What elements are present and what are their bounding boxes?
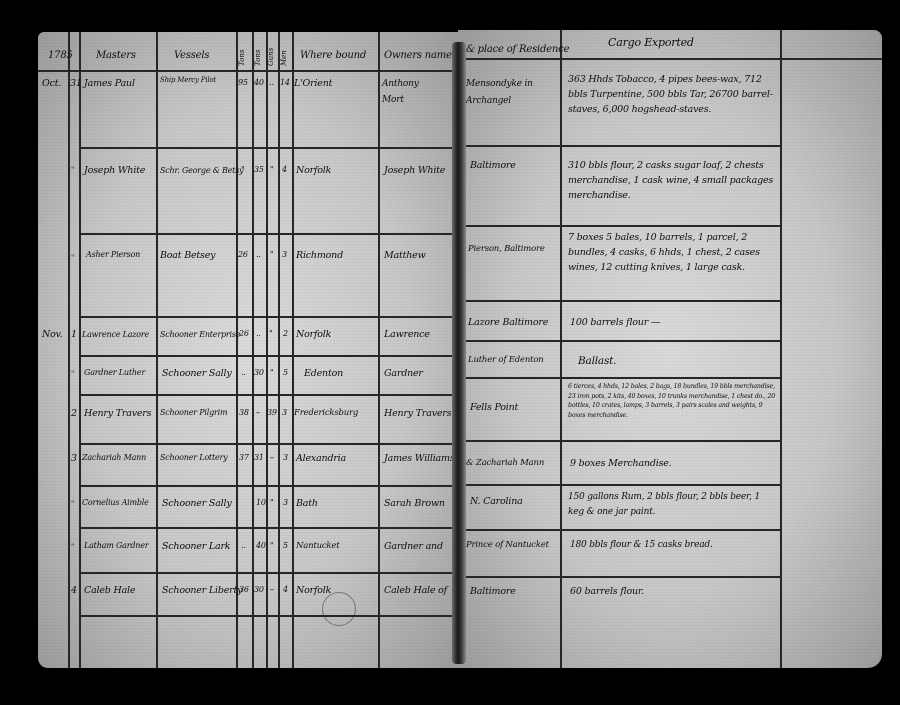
row-5-bound: Edenton: [304, 368, 343, 379]
row-8-n3: ": [270, 498, 273, 507]
row-5-n2: 30: [254, 368, 264, 377]
header-num-col-4: Men: [280, 50, 288, 66]
row-4-n4: 2: [283, 329, 288, 338]
row-4-n1: 26: [239, 329, 249, 338]
row-3-n1: 26: [238, 250, 248, 259]
row-3-cargo: 7 boxes 5 bales, 10 barrels, 1 parcel, 2…: [568, 230, 774, 275]
column-rule: [68, 32, 70, 668]
row-7-bound: Alexandria: [296, 453, 346, 464]
row-7-owner: James Williams: [384, 453, 455, 464]
row-4-owner: Lawrence: [384, 329, 430, 340]
row-1-n3: ..: [269, 78, 274, 87]
header-date: 1785: [48, 50, 73, 61]
row-2-n1: ": [241, 165, 244, 174]
row-4-month: Nov.: [42, 329, 63, 340]
header-num-col-2: Tons: [254, 50, 262, 66]
row-5-cargo: Ballast.: [578, 355, 616, 367]
row-rule: [458, 529, 780, 531]
row-2-master: Joseph White: [84, 165, 145, 176]
header-cargo-exported: Cargo Exported: [608, 36, 694, 49]
row-2-residence: Baltimore: [470, 160, 516, 171]
left-page: 1785 Masters Vessels Tons Tons Guns Men …: [38, 32, 458, 668]
header-where-bound: Where bound: [300, 50, 366, 61]
row-2-n3: ": [270, 165, 273, 174]
header-vessels: Vessels: [174, 50, 209, 61]
row-3-n4: 3: [282, 250, 287, 259]
row-3-day: ": [71, 254, 74, 262]
row-rule: [79, 147, 458, 149]
row-2-day: ": [71, 166, 74, 174]
row-7-master: Zachariah Mann: [82, 453, 146, 462]
row-7-n3: –: [270, 453, 274, 462]
row-3-n2: ..: [256, 250, 261, 259]
row-2-n4: 4: [282, 165, 287, 174]
row-10-n1: 36: [239, 585, 249, 594]
row-9-vessel: Schooner Lark: [162, 541, 230, 552]
row-4-n2: ..: [256, 329, 261, 338]
row-8-bound: Bath: [296, 498, 318, 509]
row-rule: [79, 233, 458, 235]
row-7-cargo: 9 boxes Merchandise.: [570, 458, 672, 469]
row-3-vessel: Boat Betsey: [160, 250, 215, 261]
row-2-n2: 35: [254, 165, 264, 174]
row-6-residence: Fells Point: [470, 402, 518, 413]
row-7-residence: & Zachariah Mann: [466, 458, 544, 468]
row-5-n3: ": [270, 368, 273, 377]
row-6-owner: Henry Travers: [384, 408, 451, 419]
row-rule: [458, 340, 780, 342]
row-rule: [79, 572, 458, 574]
row-5-day: ": [71, 370, 74, 378]
row-rule: [458, 576, 780, 578]
column-rule: [780, 30, 782, 668]
row-8-n4: 3: [283, 498, 288, 507]
row-9-n4: 5: [283, 541, 288, 550]
row-3-owner: Matthew: [384, 250, 426, 261]
row-1-month: Oct.: [42, 78, 61, 89]
row-8-cargo: 150 gallons Rum, 2 bbls flour, 2 bbls be…: [568, 490, 774, 520]
row-4-bound: Norfolk: [296, 329, 331, 340]
row-10-n2: 30: [254, 585, 264, 594]
row-9-residence: Prince of Nantucket: [466, 540, 549, 550]
row-1-cargo: 363 Hhds Tobacco, 4 pipes bees-wax, 712 …: [568, 72, 774, 117]
row-9-cargo: 180 bbls flour & 15 casks bread.: [570, 540, 713, 550]
row-10-n3: –: [270, 585, 274, 594]
row-1-day: 31: [70, 78, 82, 89]
row-4-residence: Lazore Baltimore: [468, 317, 548, 328]
row-7-n2: 31: [254, 453, 264, 462]
row-1-bound: L'Orient: [294, 78, 332, 89]
row-9-owner: Gardner and: [384, 541, 443, 552]
row-4-vessel: Schooner Enterprise: [160, 330, 240, 339]
row-4-master: Lawrence Lazore: [82, 330, 149, 339]
row-10-vessel: Schooner Liberty: [162, 585, 242, 596]
row-9-day: ": [71, 543, 74, 551]
row-1-owner: Anthony Mort: [382, 76, 438, 108]
header-owners-names: Owners names: [384, 50, 457, 61]
row-rule: [79, 615, 458, 617]
row-1-n1: 95: [238, 78, 248, 87]
row-5-owner: Gardner: [384, 368, 423, 379]
row-6-n3: 39: [267, 408, 277, 417]
row-7-day: 3: [71, 453, 77, 464]
row-6-day: 2: [71, 408, 77, 419]
row-10-bound: Norfolk: [296, 585, 331, 596]
row-1-n2: 40: [254, 78, 264, 87]
row-8-master: Cornelius Aimble: [82, 498, 149, 507]
row-7-n4: 3: [283, 453, 288, 462]
header-rule: [458, 58, 882, 60]
row-5-n1: ..: [241, 368, 246, 377]
row-4-n3: ": [269, 329, 272, 338]
row-rule: [79, 355, 458, 357]
row-6-bound: Fredericksburg: [294, 408, 358, 418]
row-rule: [458, 300, 780, 302]
flourish-mark: [322, 592, 356, 626]
row-rule: [79, 443, 458, 445]
row-6-n2: –: [256, 408, 260, 417]
column-rule: [560, 30, 562, 668]
row-1-residence: Mensondyke in Archangel: [466, 76, 554, 110]
row-10-n4: 4: [283, 585, 288, 594]
row-6-vessel: Schooner Pilgrim: [160, 408, 227, 417]
row-3-n3: ": [270, 250, 273, 259]
row-8-residence: N. Carolina: [470, 496, 523, 507]
row-3-master: Asher Pierson: [86, 250, 140, 259]
row-rule: [79, 394, 458, 396]
row-3-bound: Richmond: [296, 250, 343, 261]
row-9-n2: 40: [256, 541, 266, 550]
row-5-vessel: Schooner Sally: [162, 368, 232, 379]
header-masters: Masters: [96, 50, 136, 61]
book-gutter: [452, 42, 466, 664]
row-rule: [458, 225, 780, 227]
row-5-master: Gardner Luther: [84, 368, 145, 377]
row-3-residence: Pierson, Baltimore: [468, 244, 545, 254]
row-10-owner: Caleb Hale of: [384, 585, 447, 596]
row-2-cargo: 310 bbls flour, 2 casks sugar loaf, 2 ch…: [568, 158, 774, 203]
row-2-vessel: Schr. George & Betsy: [160, 166, 240, 175]
row-10-day: 4: [71, 585, 77, 596]
row-2-owner: Joseph White: [384, 165, 445, 176]
row-9-n1: ..: [241, 541, 246, 550]
row-6-master: Henry Travers: [84, 408, 151, 419]
row-6-n1: 38: [239, 408, 249, 417]
row-7-n1: 37: [239, 453, 249, 462]
ledger-book: 1785 Masters Vessels Tons Tons Guns Men …: [38, 32, 882, 668]
row-1-vessel: Ship Mercy Pilot: [160, 76, 234, 85]
row-rule: [79, 527, 458, 529]
header-num-col-3: Guns: [267, 48, 275, 66]
row-10-cargo: 60 barrels flour.: [570, 586, 644, 597]
row-10-master: Caleb Hale: [84, 585, 135, 596]
row-1-master: James Paul: [84, 78, 135, 89]
row-10-residence: Baltimore: [470, 586, 516, 597]
row-4-day: 1: [71, 329, 77, 340]
row-1-n4: 14: [280, 78, 290, 87]
row-rule: [79, 485, 458, 487]
header-place-of-residence: & place of Residence: [466, 44, 569, 55]
row-6-cargo: 6 tierces, 4 hhds, 12 bales, 2 bags, 18 …: [568, 382, 778, 420]
row-rule: [458, 440, 780, 442]
row-9-n3: ": [270, 541, 273, 550]
row-9-master: Latham Gardner: [84, 541, 148, 550]
row-8-owner: Sarah Brown: [384, 498, 445, 509]
header-rule: [38, 70, 458, 72]
row-5-residence: Luther of Edenton: [468, 355, 544, 365]
row-rule: [79, 316, 458, 318]
row-rule: [458, 145, 780, 147]
row-8-day: ": [71, 500, 74, 508]
header-num-col-1: Tons: [238, 50, 246, 66]
row-9-bound: Nantucket: [296, 541, 339, 551]
row-6-n4: 3: [282, 408, 287, 417]
row-5-n4: 5: [283, 368, 288, 377]
row-7-vessel: Schooner Lottery: [160, 453, 227, 462]
row-rule: [458, 377, 780, 379]
row-2-bound: Norfolk: [296, 165, 331, 176]
row-8-vessel: Schooner Sally: [162, 498, 232, 509]
row-4-cargo: 100 barrels flour —: [570, 317, 660, 328]
row-rule: [458, 484, 780, 486]
right-page: & place of Residence Cargo Exported Mens…: [458, 30, 882, 668]
row-8-n2: 10: [256, 498, 266, 507]
